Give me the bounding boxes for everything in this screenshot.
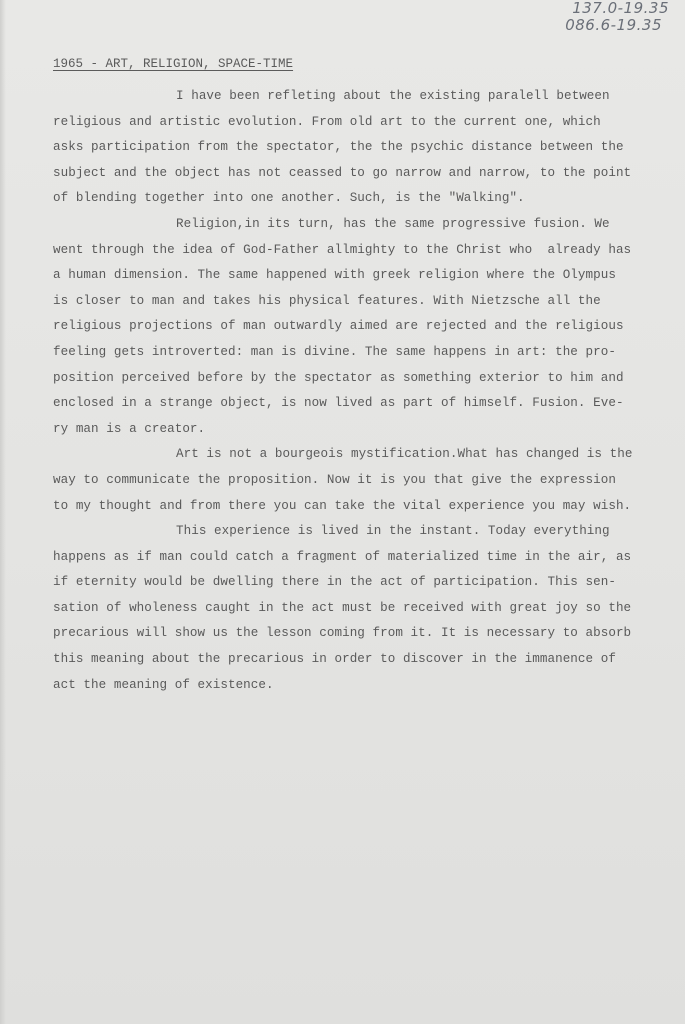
text-line: feeling gets introverted: man is divine.…: [53, 340, 673, 366]
text-line: I have been refleting about the existing…: [53, 84, 673, 110]
text-line: Religion,in its turn, has the same progr…: [53, 212, 673, 238]
text-line: sation of wholeness caught in the act mu…: [53, 596, 673, 622]
text-line: went through the idea of God-Father allm…: [53, 238, 673, 264]
text-line: of blending together into one another. S…: [53, 186, 673, 212]
document-title: 1965 - ART, RELIGION, SPACE-TIME: [53, 56, 293, 72]
paragraph: This experience is lived in the instant.…: [53, 519, 673, 698]
text-line: asks participation from the spectator, t…: [53, 135, 673, 161]
text-line: enclosed in a strange object, is now liv…: [53, 391, 673, 417]
text-line: to my thought and from there you can tak…: [53, 494, 673, 520]
text-line: subject and the object has not ceassed t…: [53, 161, 673, 187]
document-body: I have been refleting about the existing…: [53, 84, 673, 698]
text-line: way to communicate the proposition. Now …: [53, 468, 673, 494]
text-line: religious projections of man outwardly a…: [53, 314, 673, 340]
archive-reference-number: 137.0-19.35 086.6-19.35: [565, 0, 669, 34]
text-line: a human dimension. The same happened wit…: [53, 263, 673, 289]
text-line: if eternity would be dwelling there in t…: [53, 570, 673, 596]
text-line: Art is not a bourgeois mystification.Wha…: [53, 442, 673, 468]
text-line: this meaning about the precarious in ord…: [53, 647, 673, 673]
paragraph: I have been refleting about the existing…: [53, 84, 673, 212]
text-line: precarious will show us the lesson comin…: [53, 621, 673, 647]
text-line: happens as if man could catch a fragment…: [53, 545, 673, 571]
text-line: This experience is lived in the instant.…: [53, 519, 673, 545]
paragraph: Religion,in its turn, has the same progr…: [53, 212, 673, 442]
archive-ref-line-1: 137.0-19.35: [565, 0, 669, 17]
text-line: ry man is a creator.: [53, 417, 673, 443]
typewritten-page: 137.0-19.35 086.6-19.35 1965 - ART, RELI…: [0, 0, 685, 1024]
text-line: position perceived before by the spectat…: [53, 366, 673, 392]
text-line: is closer to man and takes his physical …: [53, 289, 673, 315]
text-line: act the meaning of existence.: [53, 673, 673, 699]
paragraph: Art is not a bourgeois mystification.Wha…: [53, 442, 673, 519]
text-line: religious and artistic evolution. From o…: [53, 110, 673, 136]
archive-ref-line-2: 086.6-19.35: [565, 17, 669, 34]
